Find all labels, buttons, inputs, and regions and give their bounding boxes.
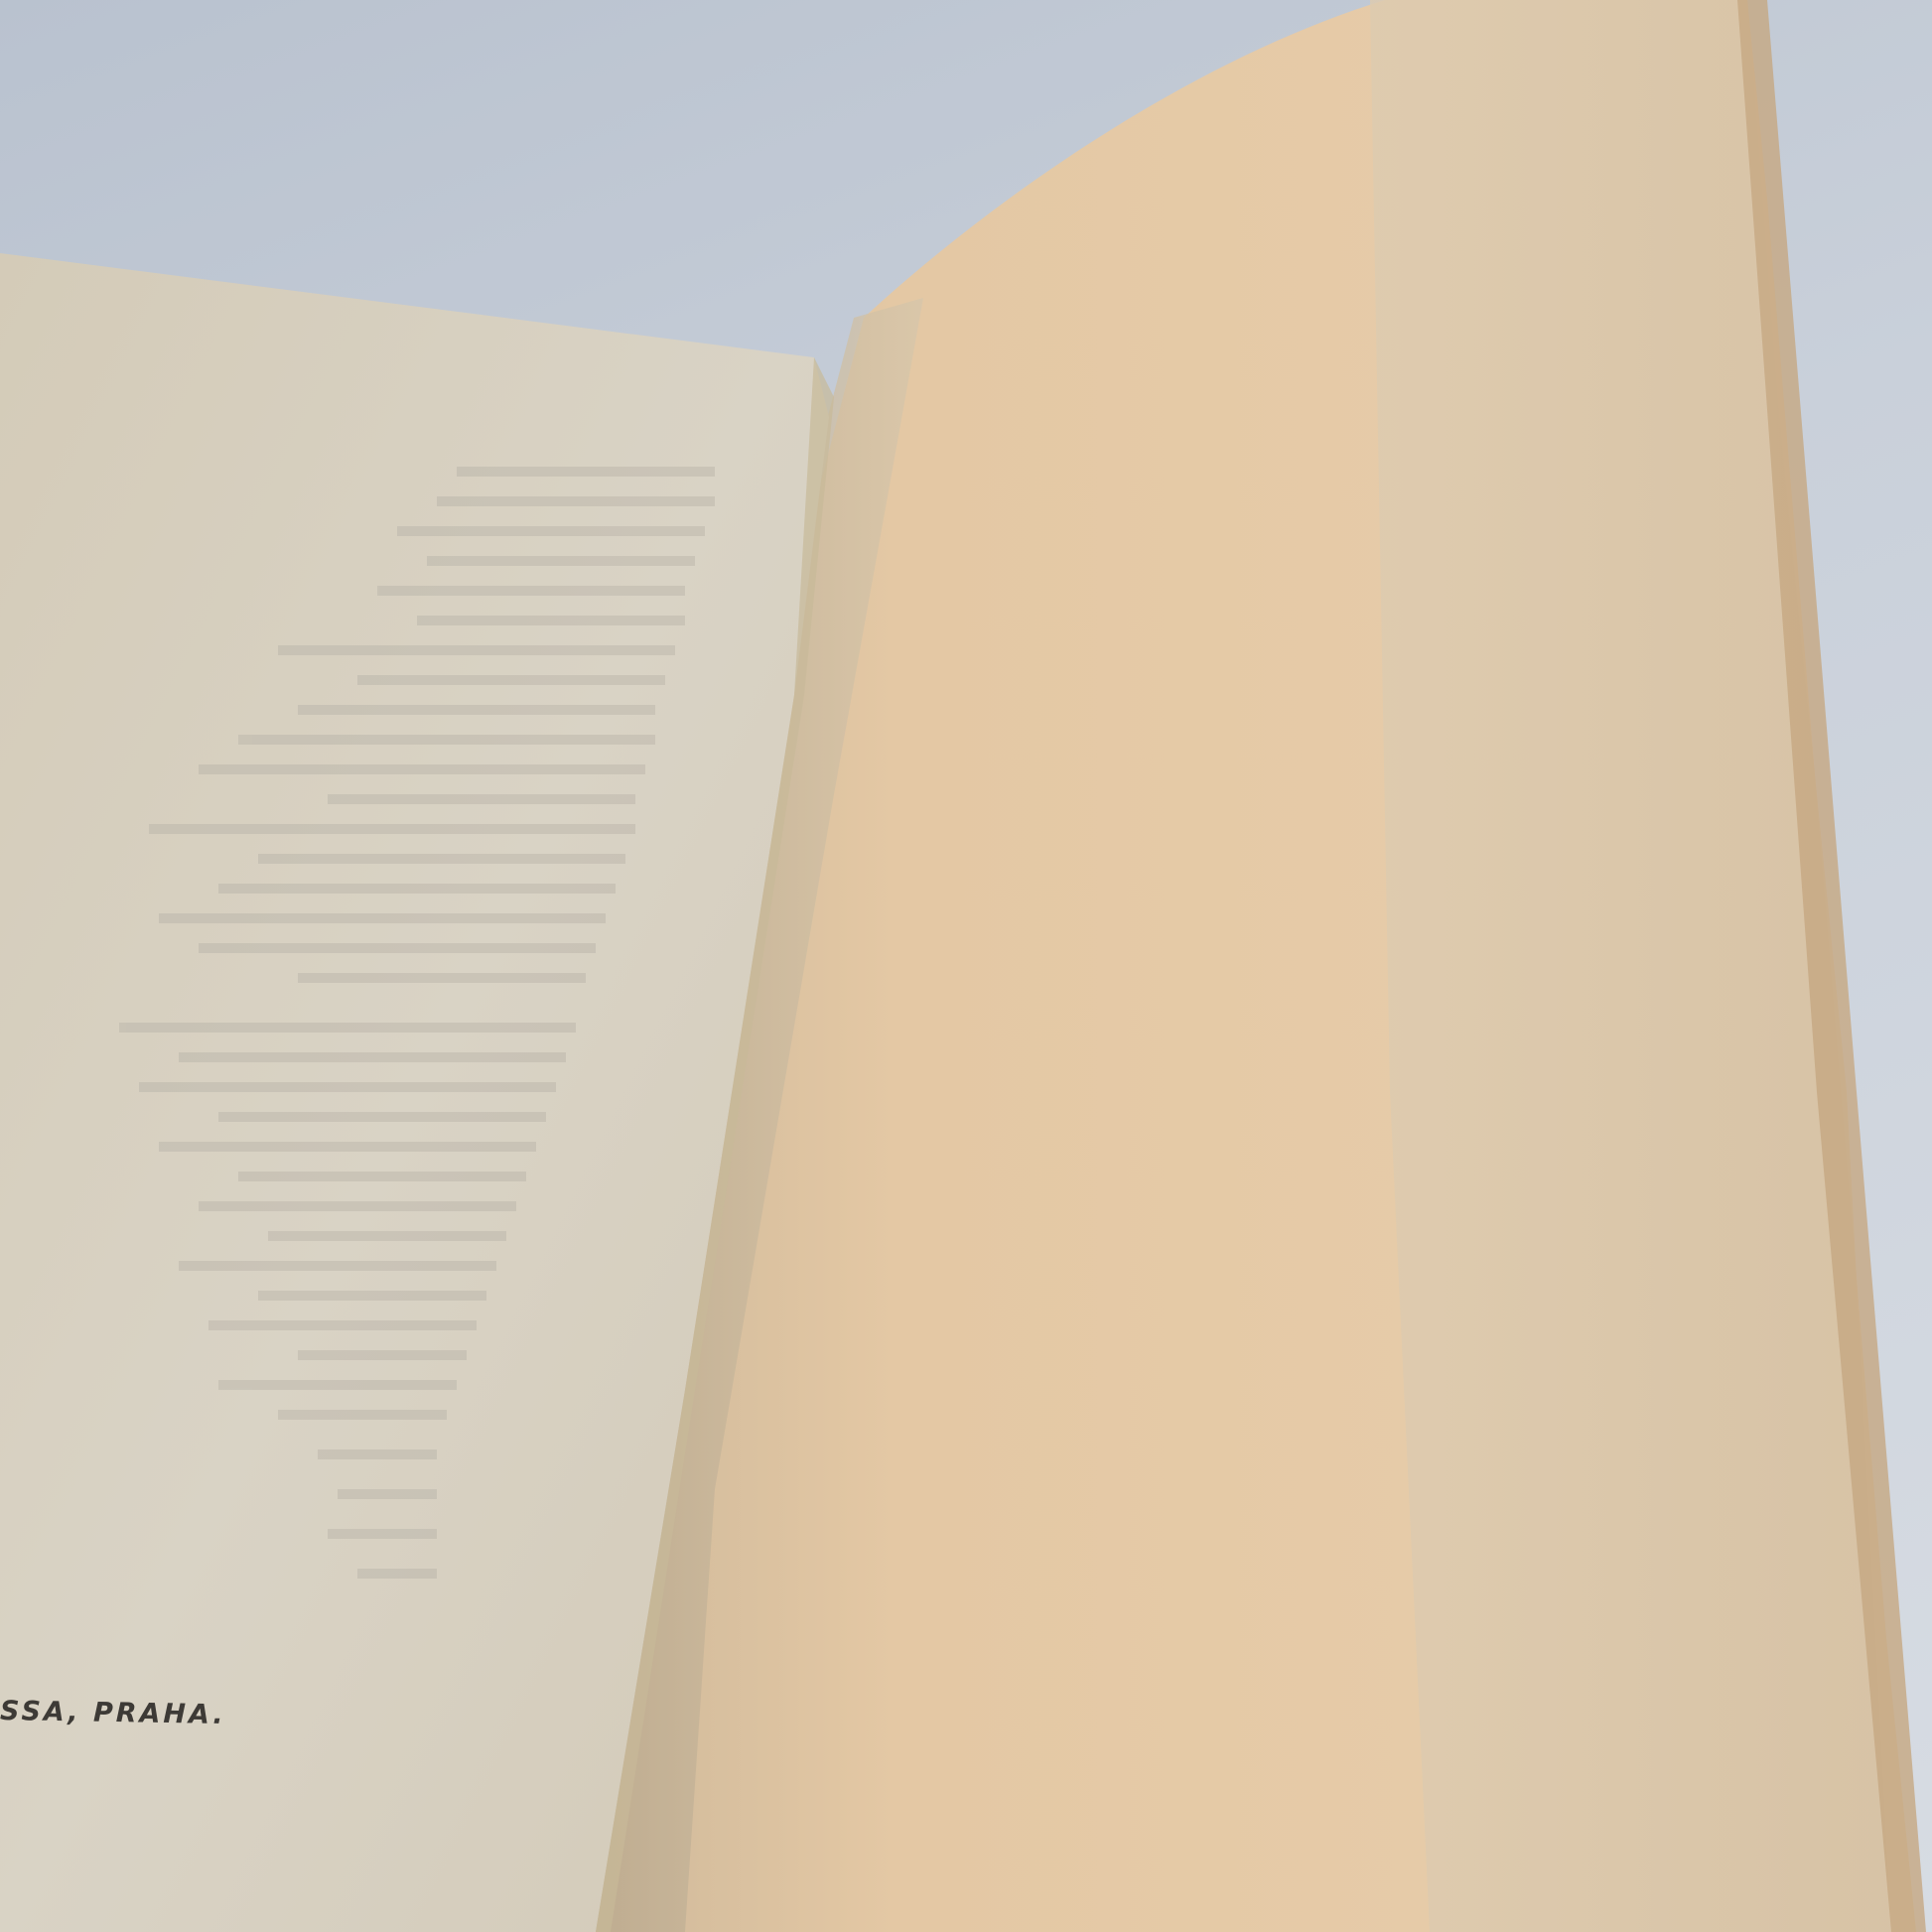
printer-imprint: SSA, PRAHA. [0,1696,226,1730]
photo-scene: SSA, PRAHA. [0,0,1932,1932]
book-illustration [0,0,1932,1932]
